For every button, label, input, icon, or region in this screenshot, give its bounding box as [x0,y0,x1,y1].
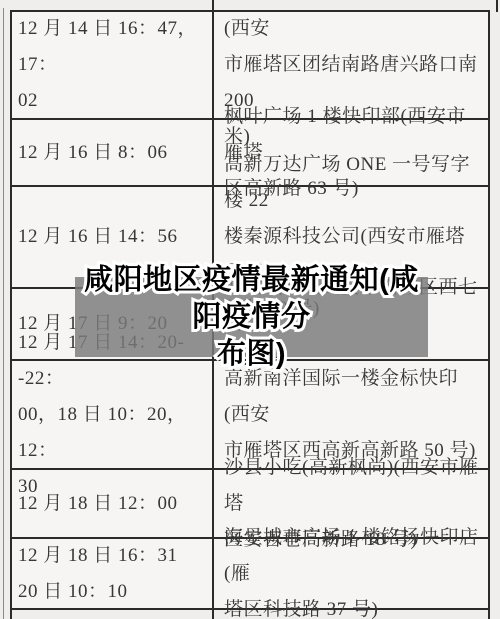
time-cell: 12 月 14 日 16：47，17： 02 [12,12,214,118]
cropped-row-divider-bottom [212,610,214,619]
time-cell: 12 月 18 日 12：00 [12,470,214,537]
overlay-title: 咸阳地区疫情最新通知(咸阳疫情分 布图) 咸阳地区疫情最新通知(咸阳疫情分 布图… [75,262,428,373]
cropped-row-right-edge [496,0,498,12]
cropped-table-right-border-bottom [488,610,490,619]
page: { "overlay": { "title": "咸阳地区疫情最新通知(咸阳疫情… [0,0,500,619]
overlay-banner: 咸阳地区疫情最新通知(咸阳疫情分 布图) 咸阳地区疫情最新通知(咸阳疫情分 布图… [75,277,428,357]
time-cell: 12 月 17 日 14：20--22： 00，18 日 10：20，12： 3… [12,361,214,468]
place-cell: 海星城市广场 1 楼铭扬快印店(雁 塔区科技路 37 号) [214,539,488,608]
scan-page-edge-line [3,8,4,619]
table-row: 12 月 18 日 16：31 20 日 10：10 海星城市广场 1 楼铭扬快… [12,539,488,608]
time-cell: 12 月 16 日 8：06 [12,120,214,185]
time-cell: 12 月 18 日 16：31 20 日 10：10 [12,539,214,608]
cropped-row-divider-top [212,0,214,10]
cropped-table-left-border-bottom [10,610,12,619]
